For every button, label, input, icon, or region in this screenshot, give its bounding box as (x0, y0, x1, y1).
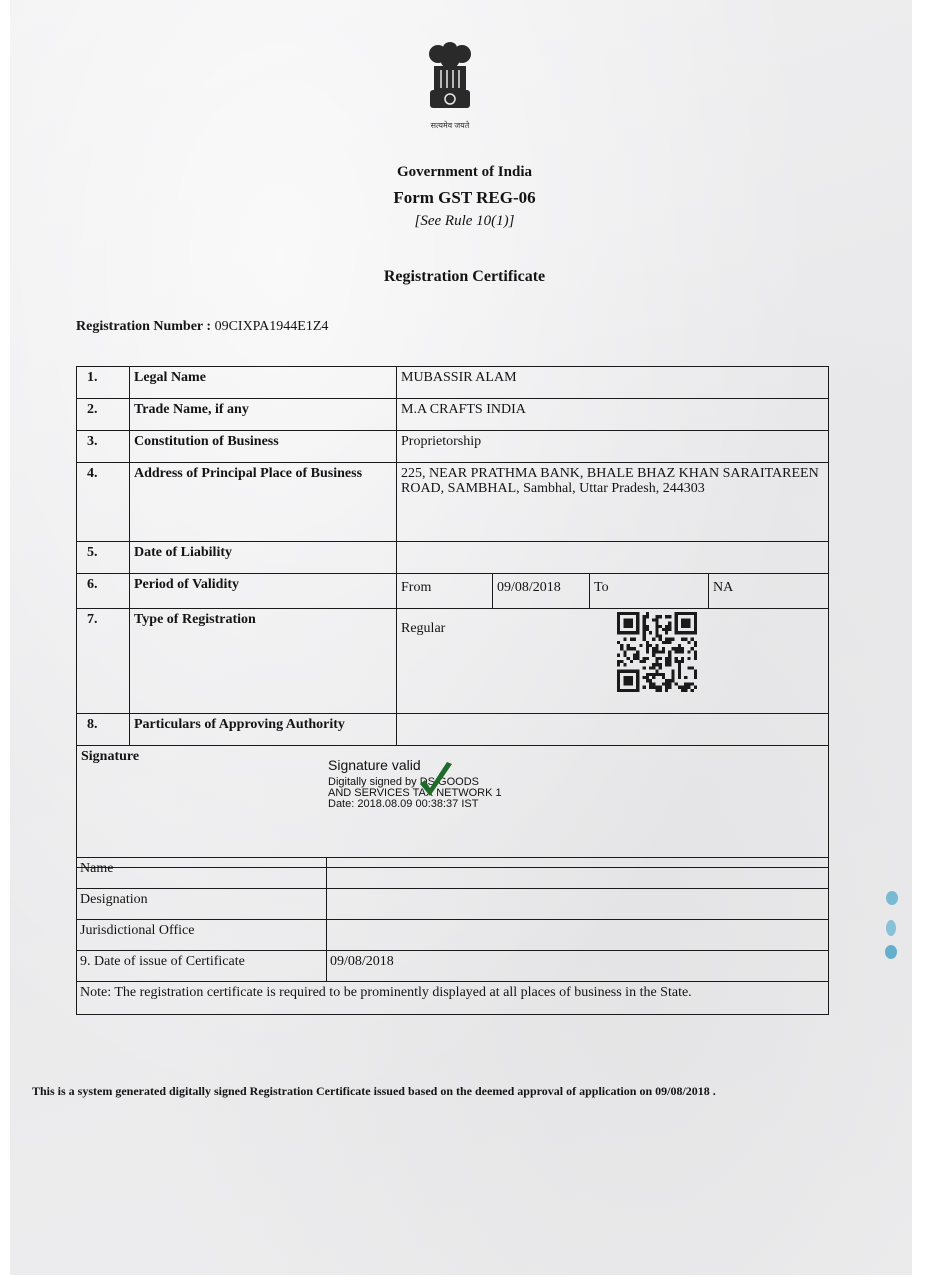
table-row: 6. Period of Validity From 09/08/2018 To… (77, 574, 829, 609)
issue-date-label: 9. Date of issue of Certificate (77, 951, 327, 982)
legal-name-label: Legal Name (130, 367, 397, 399)
designation-value (327, 889, 829, 920)
jurisdictional-office-value (327, 920, 829, 951)
legal-name-value: MUBASSIR ALAM (397, 367, 829, 399)
jurisdictional-office-label: Jurisdictional Office (77, 920, 327, 951)
green-checkmark-icon (416, 760, 456, 802)
table-row: 9. Date of issue of Certificate 09/08/20… (77, 951, 829, 982)
registration-number: Registration Number : 09CIXPA1944E1Z4 (76, 319, 328, 335)
issue-date-value: 09/08/2018 (327, 951, 829, 982)
table-row: 4. Address of Principal Place of Busines… (77, 463, 829, 542)
digital-signature-stamp[interactable]: Signature valid Digitally signed by DS G… (328, 758, 502, 810)
form-name: Form GST REG-06 (0, 188, 929, 208)
to-date: NA (709, 574, 829, 608)
to-label: To (590, 574, 709, 608)
table-row: 7. Type of Registration Regular (77, 609, 829, 714)
date-of-liability-value (397, 542, 829, 574)
qr-code-icon[interactable] (617, 612, 697, 692)
registration-details-table: 1. Legal Name MUBASSIR ALAM 2. Trade Nam… (76, 366, 829, 868)
row-number: 1. (77, 367, 130, 399)
from-label: From (397, 574, 493, 608)
approving-authority-label: Particulars of Approving Authority (130, 714, 397, 746)
row-number: 5. (77, 542, 130, 574)
table-row: Signature Signature valid Digitally sign… (77, 746, 829, 868)
certificate-title: Registration Certificate (0, 268, 929, 286)
system-generated-footer: This is a system generated digitally sig… (32, 1084, 716, 1099)
validity-subtable: From 09/08/2018 To NA (397, 574, 828, 608)
date-of-liability-label: Date of Liability (130, 542, 397, 574)
row-number: 2. (77, 399, 130, 431)
approving-authority-value (397, 714, 829, 746)
table-row: 8. Particulars of Approving Authority (77, 714, 829, 746)
from-date: 09/08/2018 (493, 574, 590, 608)
signature-status: Signature valid (328, 758, 502, 773)
rule-reference: [See Rule 10(1)] (0, 213, 929, 230)
authority-name-label: Name (77, 858, 327, 889)
table-row: 5. Date of Liability (77, 542, 829, 574)
registration-number-label: Registration Number : (76, 319, 211, 334)
table-row: 3. Constitution of Business Proprietorsh… (77, 431, 829, 463)
constitution-value: Proprietorship (397, 431, 829, 463)
period-of-validity-value: From 09/08/2018 To NA (397, 574, 829, 609)
table-row: Note: The registration certificate is re… (77, 982, 829, 1015)
national-motto: सत्यमेव जयते (410, 120, 490, 131)
display-note: Note: The registration certificate is re… (77, 982, 829, 1015)
signature-date: Date: 2018.08.09 00:38:37 IST (328, 799, 502, 810)
table-row: 1. Legal Name MUBASSIR ALAM (77, 367, 829, 399)
row-number: 6. (77, 574, 130, 609)
table-row: Jurisdictional Office (77, 920, 829, 951)
constitution-label: Constitution of Business (130, 431, 397, 463)
signature-cell: Signature Signature valid Digitally sign… (77, 746, 829, 868)
table-row: Designation (77, 889, 829, 920)
designation-label: Designation (77, 889, 327, 920)
table-row: 2. Trade Name, if any M.A CRAFTS INDIA (77, 399, 829, 431)
trade-name-value: M.A CRAFTS INDIA (397, 399, 829, 431)
government-heading: Government of India (0, 164, 929, 181)
authority-table: Name Designation Jurisdictional Office 9… (76, 857, 829, 1015)
period-of-validity-label: Period of Validity (130, 574, 397, 609)
address-value: 225, NEAR PRATHMA BANK, BHALE BHAZ KHAN … (397, 463, 829, 542)
state-emblem-of-india-icon (422, 40, 478, 116)
registration-type-value: Regular (397, 609, 829, 714)
table-row: Name (77, 858, 829, 889)
row-number: 3. (77, 431, 130, 463)
registration-type-label: Type of Registration (130, 609, 397, 714)
authority-name-value (327, 858, 829, 889)
signature-label: Signature (81, 749, 139, 764)
row-number: 7. (77, 609, 130, 714)
trade-name-label: Trade Name, if any (130, 399, 397, 431)
address-label: Address of Principal Place of Business (130, 463, 397, 542)
row-number: 8. (77, 714, 130, 746)
row-number: 4. (77, 463, 130, 542)
ink-stain-decoration (880, 880, 902, 970)
registration-number-value: 09CIXPA1944E1Z4 (215, 319, 329, 334)
